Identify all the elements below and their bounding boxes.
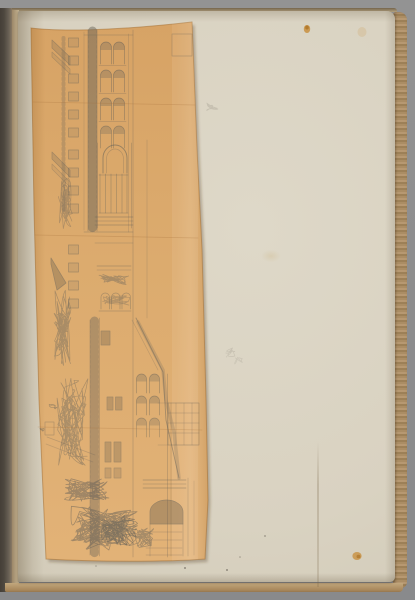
sketch-squig — [235, 357, 243, 364]
artwork-layer — [0, 0, 415, 600]
sketch-rect — [69, 110, 79, 119]
stain-faint — [358, 27, 367, 37]
sketch-rect — [114, 442, 121, 462]
sketch-rect — [105, 442, 111, 462]
sketch-rect — [114, 468, 121, 478]
sketch-rect — [69, 245, 79, 254]
photograph-of-sketchbook — [0, 0, 415, 600]
stain-core — [357, 555, 361, 559]
sketch-squig — [226, 348, 235, 357]
sketch-rect — [69, 92, 79, 101]
speck — [184, 567, 186, 569]
sketch-rect — [69, 150, 79, 159]
sketch-squig — [207, 103, 218, 111]
sketch-rect — [107, 397, 113, 410]
stain-core — [305, 26, 309, 30]
speck — [264, 535, 266, 537]
sketch-rect — [105, 468, 111, 478]
sketch-rect — [69, 263, 79, 272]
speck — [95, 565, 97, 567]
speck — [226, 569, 228, 571]
sketch-rect — [69, 74, 79, 83]
sketch-rect — [101, 331, 110, 345]
sketch-path — [150, 500, 183, 524]
sketch-rect — [69, 281, 79, 290]
sketch-rect — [69, 186, 79, 195]
sketch-rect — [69, 128, 79, 137]
sketch-rect — [116, 397, 123, 410]
speck — [239, 556, 241, 558]
sketch-rect — [69, 38, 79, 47]
